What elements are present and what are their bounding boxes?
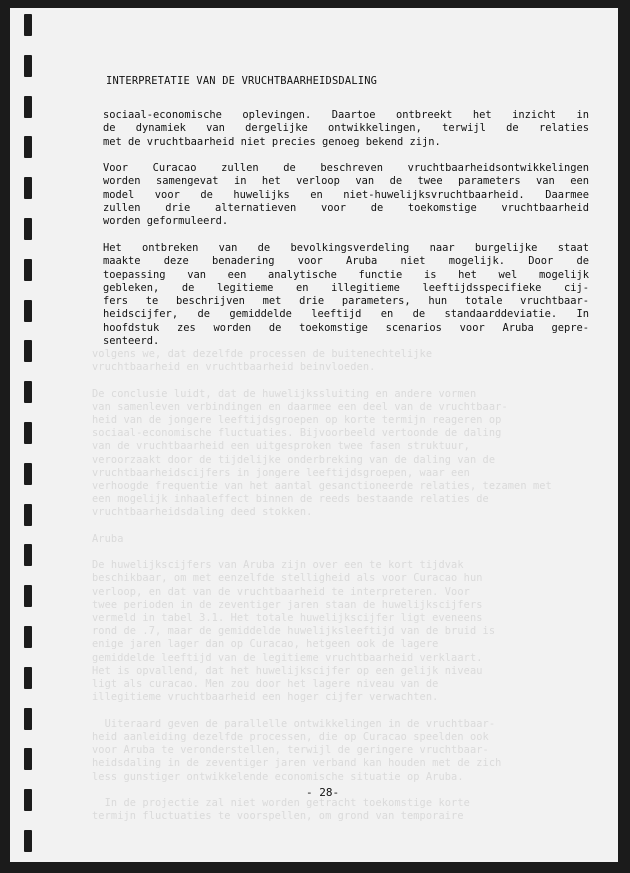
paragraph: Het ontbreken van de bevolkingsverdeling… <box>103 242 589 348</box>
text-line: Voor Curacao zullen de beschreven vrucht… <box>103 162 589 175</box>
punch-hole <box>24 340 32 362</box>
punch-hole <box>24 96 32 118</box>
text-line: gebleken, de legitieme en illegitieme le… <box>103 282 589 295</box>
show-through-text: volgens we, dat dezelfde processen de bu… <box>92 348 592 823</box>
punch-hole <box>24 177 32 199</box>
text-line: toepassing van een analytische functie i… <box>103 269 589 282</box>
text-line: met de vruchtbaarheid niet precies genoe… <box>103 136 589 149</box>
punch-hole <box>24 748 32 770</box>
text-line: worden geformuleerd. <box>103 215 589 228</box>
punch-hole <box>24 218 32 240</box>
punch-hole-strip <box>24 14 34 862</box>
text-line: zullen drie alternatieven voor de toekom… <box>103 202 589 215</box>
punch-hole <box>24 504 32 526</box>
punch-hole <box>24 789 32 811</box>
section-heading: INTERPRETATIE VAN DE VRUCHTBAARHEIDSDALI… <box>106 75 377 87</box>
text-line: Het ontbreken van de bevolkingsverdeling… <box>103 242 589 255</box>
punch-hole <box>24 667 32 689</box>
punch-hole <box>24 14 32 36</box>
punch-hole <box>24 463 32 485</box>
text-line: model voor de huwelijks en niet-huwelijk… <box>103 189 589 202</box>
text-line: sociaal-economische oplevingen. Daartoe … <box>103 109 589 122</box>
text-line: fers te beschrijven met drie parameters,… <box>103 295 589 308</box>
text-line: maakte deze benadering voor Aruba niet m… <box>103 255 589 268</box>
body-text: sociaal-economische oplevingen. Daartoe … <box>103 109 589 362</box>
page-number: - 28- <box>306 786 339 799</box>
text-line: de dynamiek van dergelijke ontwikkelinge… <box>103 122 589 135</box>
text-line: senteerd. <box>103 335 589 348</box>
punch-hole <box>24 544 32 566</box>
punch-hole <box>24 422 32 444</box>
punch-hole <box>24 136 32 158</box>
scanned-page: volgens we, dat dezelfde processen de bu… <box>10 8 618 862</box>
punch-hole <box>24 585 32 607</box>
punch-hole <box>24 381 32 403</box>
paragraph: sociaal-economische oplevingen. Daartoe … <box>103 109 589 149</box>
punch-hole <box>24 830 32 852</box>
text-line: heidscijfer, de gemiddelde leeftijd en d… <box>103 308 589 321</box>
punch-hole <box>24 626 32 648</box>
paragraph: Voor Curacao zullen de beschreven vrucht… <box>103 162 589 228</box>
punch-hole <box>24 708 32 730</box>
text-line: worden samengevat in het verloop van de … <box>103 175 589 188</box>
punch-hole <box>24 259 32 281</box>
punch-hole <box>24 55 32 77</box>
punch-hole <box>24 300 32 322</box>
text-line: hoofdstuk zes worden de toekomstige scen… <box>103 322 589 335</box>
